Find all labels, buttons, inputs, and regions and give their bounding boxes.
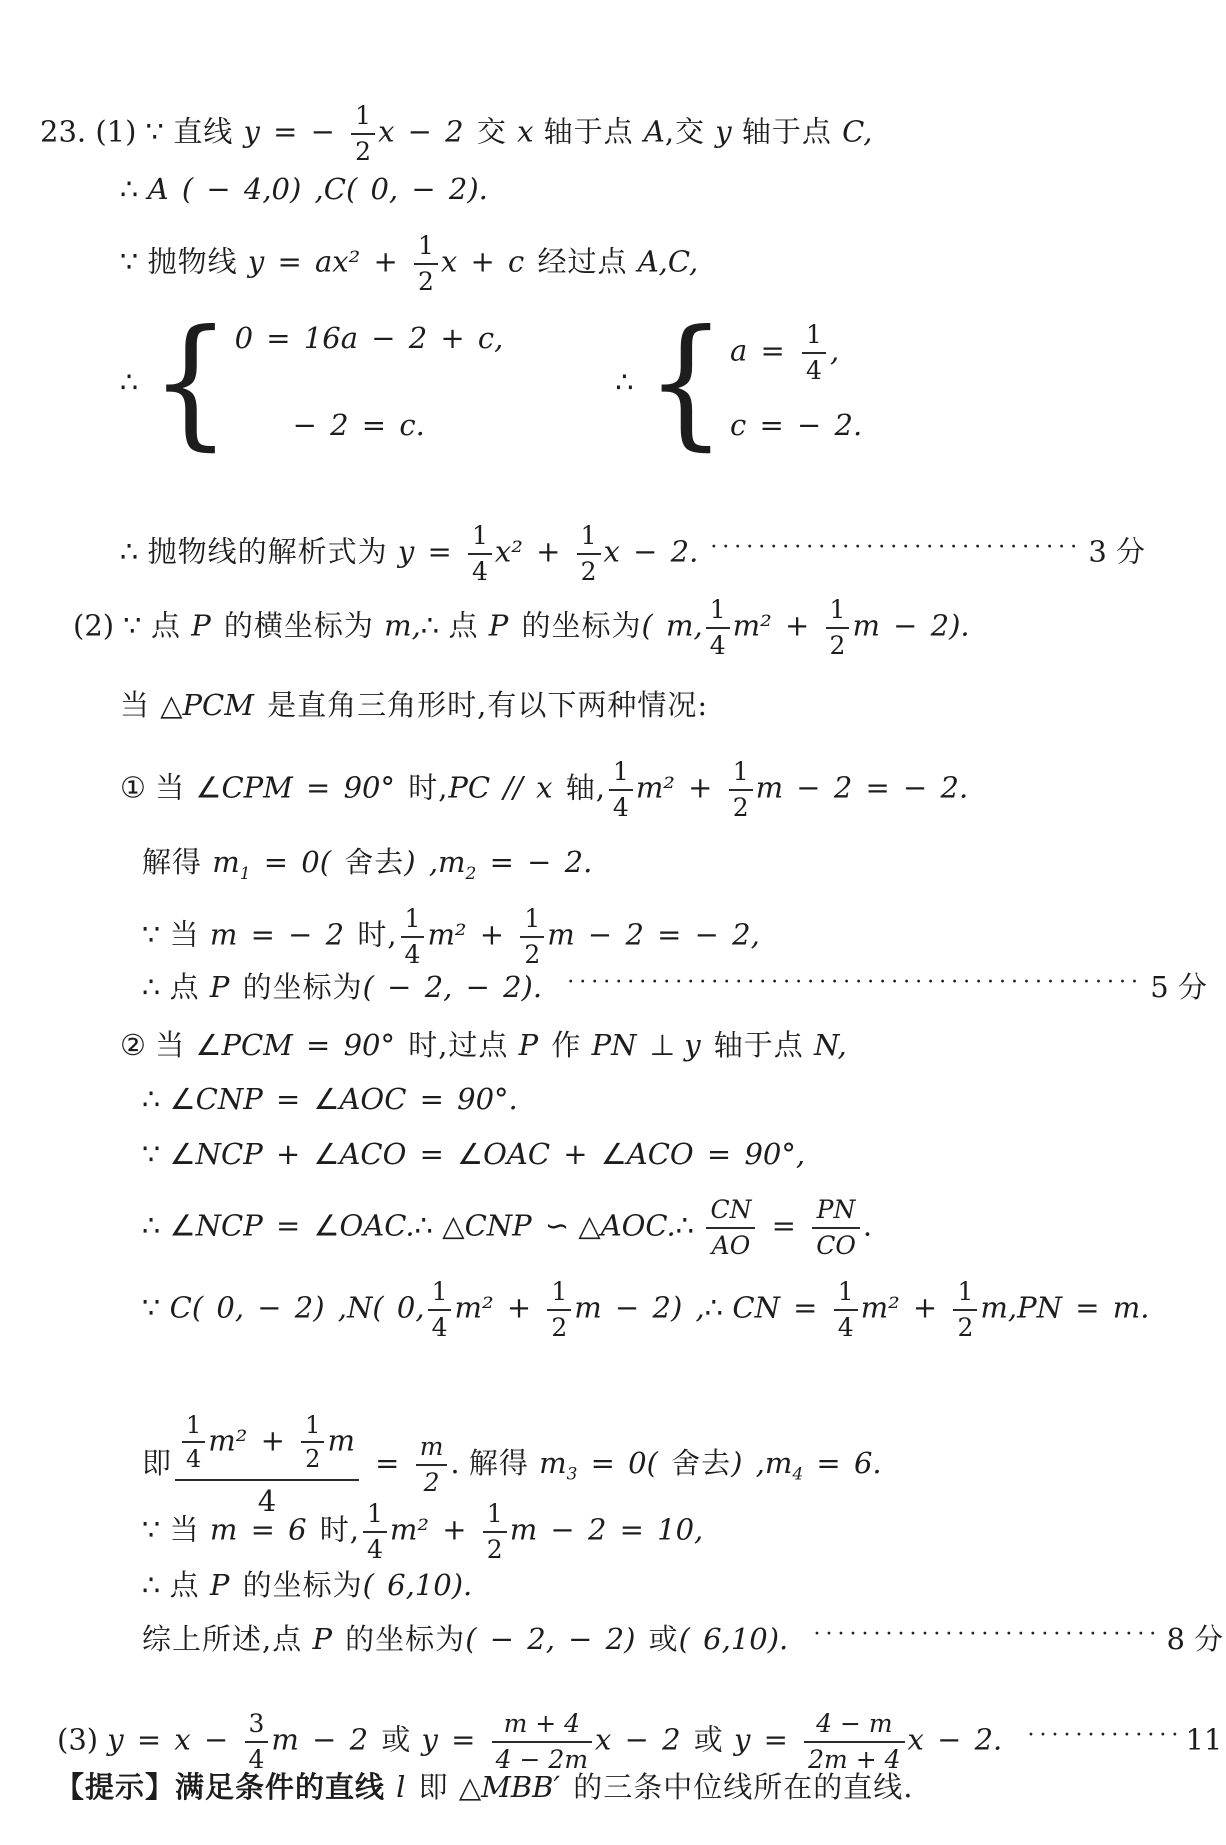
because-symbol: ∵ bbox=[146, 115, 174, 149]
therefore-symbol: ∴ bbox=[421, 609, 449, 643]
math-run: m = − 2 bbox=[210, 918, 357, 952]
math-run: P bbox=[489, 609, 522, 643]
fraction-denominator: 2m + 4 bbox=[804, 1741, 904, 1774]
text-run: . bbox=[450, 1446, 468, 1480]
text-run: . bbox=[863, 1209, 872, 1243]
fraction-denominator: 4 bbox=[245, 1741, 269, 1774]
therefore-symbol: ∴ bbox=[120, 365, 138, 400]
left-brace: { bbox=[150, 318, 230, 445]
because-symbol: ∵ bbox=[120, 245, 148, 279]
text-run: 的三条中位线所在的直线. bbox=[573, 1770, 913, 1804]
angle-symbol: ∠ bbox=[313, 1082, 339, 1116]
math-run: y = x − bbox=[107, 1723, 241, 1757]
solution-line-8: ① 当 ∠CPM = 90° 时,PC // x 轴,14m² + 12m − … bbox=[120, 758, 968, 821]
text-run: 抛物线的解析式为 bbox=[148, 535, 398, 569]
text-run: 点 bbox=[170, 970, 210, 1004]
fraction: 14 bbox=[706, 596, 730, 659]
math-run: y bbox=[715, 115, 731, 149]
text-run: 舍去 bbox=[671, 1446, 731, 1480]
math-run: ( − 2, − 2). bbox=[363, 970, 556, 1004]
fraction: 14 bbox=[182, 1412, 205, 1473]
fraction-denominator: 2 bbox=[953, 1309, 977, 1342]
solution-line-10: ∵ 当 m = − 2 时,14m² + 12m − 2 = − 2, bbox=[142, 905, 760, 968]
fraction-denominator: 4 bbox=[468, 553, 492, 586]
fraction: m2 bbox=[416, 1433, 448, 1496]
text-run: 当 bbox=[120, 688, 160, 722]
text-run: 解得 bbox=[142, 845, 212, 879]
text-run: 解得 bbox=[469, 1446, 539, 1480]
fraction-numerator: PN bbox=[812, 1196, 860, 1227]
math-run: m² + bbox=[861, 1291, 951, 1325]
math-run: ( m, bbox=[642, 609, 703, 643]
math-run: P bbox=[210, 1568, 243, 1602]
text-run: 轴于点 bbox=[533, 115, 643, 149]
text-run: 的坐标为 bbox=[243, 970, 363, 1004]
solution-line-11: ∴ 点 P 的坐标为( − 2, − 2). ·················… bbox=[142, 970, 1207, 1005]
math-run: ( 6,10). bbox=[679, 1622, 802, 1656]
text-run: (2) bbox=[73, 609, 123, 643]
fraction-denominator: 4 bbox=[834, 1309, 858, 1342]
system-row: c = − 2. bbox=[730, 408, 862, 443]
text-run: 或 bbox=[649, 1622, 679, 1656]
therefore-symbol: ∴ bbox=[120, 172, 148, 206]
because-angle-symbol: ∵ ∠ bbox=[142, 1137, 196, 1171]
math-run: CN = bbox=[732, 1291, 830, 1325]
fraction-numerator: 1 bbox=[834, 1278, 858, 1309]
math-run: = bbox=[758, 1209, 809, 1243]
angle-symbol: ∠ bbox=[457, 1137, 483, 1171]
because-symbol: ∵ bbox=[142, 1513, 170, 1547]
fraction-numerator: CN bbox=[706, 1196, 755, 1227]
fraction-numerator: 1 bbox=[182, 1412, 205, 1441]
math-run: a = bbox=[730, 334, 798, 368]
math-run: m² + bbox=[390, 1513, 480, 1547]
fraction: 12 bbox=[826, 596, 850, 659]
triangle-symbol: △ bbox=[459, 1770, 481, 1804]
solution-line-3: ∵ 抛物线 y = ax² + 12x + c 经过点 A,C, bbox=[120, 232, 698, 295]
fraction-denominator: 4 − 2m bbox=[492, 1741, 592, 1774]
text-run: ,交 bbox=[665, 115, 715, 149]
fraction-numerator: 1 bbox=[483, 1500, 507, 1531]
hint-label: 【提示】满足条件的直线 bbox=[55, 1770, 396, 1804]
math-run: = 0( bbox=[251, 845, 345, 879]
math-run: m² + bbox=[454, 1291, 544, 1325]
math-run: N, bbox=[814, 1028, 847, 1062]
solution-line-7: 当 △PCM 是直角三角形时,有以下两种情况: bbox=[120, 688, 708, 723]
fraction-numerator: 1 bbox=[547, 1278, 571, 1309]
solution-line-15: ∴ ∠NCP = ∠OAC.∴ △CNP ∽ △AOC.∴ CNAO = PNC… bbox=[142, 1196, 872, 1259]
circled-one-symbol: ① bbox=[120, 771, 155, 805]
equation-system-1: 0 = 16a − 2 + c, − 2 = c. bbox=[235, 321, 504, 443]
math-run: m bbox=[327, 1423, 355, 1457]
text-run: (3) bbox=[57, 1723, 107, 1757]
fraction-denominator: 2 bbox=[301, 1441, 324, 1472]
fraction-numerator: 1 bbox=[468, 522, 492, 553]
fraction-denominator: 4 bbox=[363, 1531, 387, 1564]
dot-leader: ···················· bbox=[1027, 1723, 1177, 1750]
math-run: PC // x bbox=[448, 771, 565, 805]
math-run: m bbox=[539, 1446, 567, 1480]
math-run: m − 2) , bbox=[574, 1291, 704, 1325]
therefore-symbol: ∴ bbox=[676, 1209, 704, 1243]
math-run: NCP = bbox=[196, 1209, 314, 1243]
math-run: = 0( bbox=[577, 1446, 671, 1480]
subscript: 3 bbox=[567, 1465, 578, 1485]
fraction: CNAO bbox=[706, 1196, 755, 1259]
text-run: 抛物线 bbox=[148, 245, 248, 279]
text-run: 即 bbox=[419, 1770, 459, 1804]
hint-line: 【提示】满足条件的直线 l 即 △MBB′ 的三条中位线所在的直线. bbox=[55, 1770, 913, 1805]
solution-line-5: ∴ 抛物线的解析式为 y = 14x² + 12x − 2.··········… bbox=[120, 522, 1145, 585]
math-run: l bbox=[396, 1770, 419, 1804]
text-run: 当 bbox=[155, 771, 195, 805]
math-run: PCM = 90° bbox=[221, 1028, 408, 1062]
math-run: m − 2 = − 2. bbox=[756, 771, 969, 805]
text-run: 时, bbox=[408, 771, 448, 805]
fraction: 14 bbox=[609, 758, 633, 821]
math-run: m − 2 = − 2, bbox=[547, 918, 760, 952]
text-run: 时,过点 bbox=[408, 1028, 518, 1062]
fraction-denominator: 4 bbox=[428, 1309, 452, 1342]
solution-line-18: ∵ 当 m = 6 时,14m² + 12m − 2 = 10, bbox=[142, 1500, 703, 1563]
text-run: 或 bbox=[381, 1723, 421, 1757]
text-run: 23. (1) bbox=[40, 115, 146, 149]
math-run: y = − bbox=[244, 115, 349, 149]
because-symbol: ∵ bbox=[142, 1291, 170, 1325]
therefore-symbol: ∴ bbox=[142, 1568, 170, 1602]
solution-line-9: 解得 m1 = 0( 舍去) ,m2 = − 2. bbox=[142, 845, 592, 884]
text-run: 时, bbox=[357, 918, 397, 952]
fraction: 12 bbox=[351, 102, 375, 165]
therefore-symbol: ∴ bbox=[142, 970, 170, 1004]
fraction: 12 bbox=[547, 1278, 571, 1341]
fraction-denominator: 2 bbox=[547, 1309, 571, 1342]
fraction: 34 bbox=[245, 1710, 269, 1773]
math-run: ) ,m bbox=[404, 845, 465, 879]
math-run: y = bbox=[422, 1723, 489, 1757]
solution-line-1: 23. (1) ∵ 直线 y = − 12x − 2 交 x 轴于点 A,交 y… bbox=[40, 102, 872, 165]
fraction: 14 bbox=[468, 522, 492, 585]
fraction-numerator: 1 bbox=[363, 1500, 387, 1531]
system-row: − 2 = c. bbox=[235, 408, 504, 443]
fraction: 12 bbox=[729, 758, 753, 821]
math-run: OAC + bbox=[483, 1137, 601, 1171]
dot-leader: ········································ bbox=[814, 1622, 1159, 1649]
therefore-symbol: ∴ bbox=[705, 1291, 733, 1325]
math-run: ( 6,10). bbox=[363, 1568, 473, 1602]
math-run: y bbox=[684, 1028, 714, 1062]
because-symbol: ∵ bbox=[142, 918, 170, 952]
math-run: x bbox=[517, 115, 533, 149]
text-run: 轴于点 bbox=[714, 1028, 814, 1062]
equation-systems: ∴ { 0 = 16a − 2 + c, − 2 = c. ∴ { a = 14… bbox=[120, 292, 862, 472]
system-row: 0 = 16a − 2 + c, bbox=[235, 321, 504, 356]
therefore-symbol: ∴ bbox=[120, 535, 148, 569]
math-run: PN bbox=[592, 1028, 650, 1062]
fraction-numerator: 1 bbox=[706, 596, 730, 627]
fraction-numerator: 4 − m bbox=[804, 1710, 904, 1741]
fraction: 12 bbox=[483, 1500, 507, 1563]
fraction-denominator: 2 bbox=[414, 263, 438, 296]
math-run: m,PN = m. bbox=[980, 1291, 1149, 1325]
fraction-denominator: 2 bbox=[520, 936, 544, 969]
fraction: 12 bbox=[520, 905, 544, 968]
fraction-numerator: 1 bbox=[301, 1412, 324, 1441]
math-run: m − 2). bbox=[852, 609, 969, 643]
math-run: CNP = bbox=[196, 1082, 314, 1116]
text-run: 点 bbox=[449, 609, 489, 643]
math-run: = − 2. bbox=[476, 845, 592, 879]
math-run: MBB′ bbox=[481, 1770, 573, 1804]
text-run: 是直角三角形时,有以下两种情况: bbox=[267, 688, 708, 722]
therefore-symbol: ∴ bbox=[615, 365, 633, 400]
therefore-angle-symbol: ∴ ∠ bbox=[142, 1082, 196, 1116]
score-badge: 3 分 bbox=[1088, 535, 1145, 569]
dot-leader: ········································… bbox=[710, 535, 1080, 562]
fraction-numerator: 1 bbox=[577, 522, 601, 553]
solution-line-14: ∵ ∠NCP + ∠ACO = ∠OAC + ∠ACO = 90°, bbox=[142, 1137, 805, 1172]
perpendicular-symbol: ⊥ bbox=[650, 1028, 684, 1062]
fraction-denominator: 4 bbox=[609, 789, 633, 822]
math-run: x − 2. bbox=[908, 1723, 1016, 1757]
math-run: CNP bbox=[465, 1209, 545, 1243]
fraction: m + 44 − 2m bbox=[492, 1710, 592, 1773]
math-run: A,C, bbox=[638, 245, 699, 279]
solution-line-6: (2) ∵ 点 P 的横坐标为 m,∴ 点 P 的坐标为( m,14m² + 1… bbox=[73, 596, 970, 659]
fraction: 12 bbox=[301, 1412, 324, 1473]
math-run: AOC = 90°. bbox=[339, 1082, 517, 1116]
score-badge: 8 分 bbox=[1167, 1622, 1224, 1656]
fraction: 14 bbox=[401, 905, 425, 968]
math-run: ( − 2, − 2) bbox=[465, 1622, 648, 1656]
math-run: P bbox=[191, 609, 224, 643]
text-run: 当 bbox=[170, 918, 210, 952]
system-row: a = 14, bbox=[730, 321, 862, 384]
fraction-denominator: AO bbox=[706, 1227, 755, 1260]
math-run: P bbox=[312, 1622, 345, 1656]
left-brace: { bbox=[646, 318, 726, 445]
fraction-numerator: m bbox=[416, 1433, 448, 1464]
fraction-numerator: 1 bbox=[428, 1278, 452, 1309]
math-run: m bbox=[212, 845, 240, 879]
math-run: m = 6 bbox=[210, 1513, 320, 1547]
math-run: y = bbox=[734, 1723, 801, 1757]
solution-line-16: ∵ C( 0, − 2) ,N( 0,14m² + 12m − 2) ,∴ CN… bbox=[142, 1278, 1149, 1341]
triangle-symbol: △ bbox=[160, 688, 182, 722]
fraction-denominator: 2 bbox=[351, 133, 375, 166]
math-run: A ( − 4,0) ,C( 0, − 2). bbox=[148, 172, 488, 206]
fraction-denominator: 4 bbox=[401, 936, 425, 969]
fraction-denominator: 4 bbox=[706, 627, 730, 660]
math-run: m − 2 = 10, bbox=[510, 1513, 704, 1547]
angle-symbol: ∠ bbox=[195, 771, 221, 805]
text-run: 直线 bbox=[173, 115, 243, 149]
fraction-denominator: 4 bbox=[802, 352, 826, 385]
fraction: 12 bbox=[414, 232, 438, 295]
fraction-numerator: 1 bbox=[953, 1278, 977, 1309]
fraction-denominator: 4 bbox=[182, 1441, 205, 1472]
fraction-numerator: 14m² + 12m bbox=[175, 1412, 359, 1479]
text-run: 当 bbox=[155, 1028, 195, 1062]
solution-line-13: ∴ ∠CNP = ∠AOC = 90°. bbox=[142, 1082, 518, 1117]
angle-symbol: ∠ bbox=[195, 1028, 221, 1062]
math-run: ) ,m bbox=[731, 1446, 792, 1480]
fraction: 12 bbox=[953, 1278, 977, 1341]
math-run: m, bbox=[384, 609, 421, 643]
circled-two-symbol: ② bbox=[120, 1028, 155, 1062]
fraction-numerator: 1 bbox=[401, 905, 425, 936]
text-run: 当 bbox=[170, 1513, 210, 1547]
math-run: P bbox=[210, 970, 243, 1004]
math-run: = 6. bbox=[803, 1446, 881, 1480]
fraction-denominator: 2 bbox=[826, 627, 850, 660]
math-run: NCP + bbox=[196, 1137, 314, 1171]
fraction-numerator: 1 bbox=[826, 596, 850, 627]
solution-line-12: ② 当 ∠PCM = 90° 时,过点 P 作 PN ⊥ y 轴于点 N, bbox=[120, 1028, 847, 1063]
text-run: 作 bbox=[551, 1028, 591, 1062]
score-badge: 11 分 bbox=[1185, 1723, 1226, 1757]
similar-triangle-symbol: ∽ △ bbox=[545, 1209, 601, 1243]
math-run: x² + bbox=[495, 535, 574, 569]
dot-leader: ········································… bbox=[567, 970, 1142, 997]
fraction-numerator: m + 4 bbox=[492, 1710, 592, 1741]
fraction: 4 − m2m + 4 bbox=[804, 1710, 904, 1773]
fraction-denominator: 2 bbox=[729, 789, 753, 822]
math-run: y = bbox=[398, 535, 465, 569]
fraction: 14 bbox=[802, 321, 826, 384]
fraction: 14 bbox=[428, 1278, 452, 1341]
therefore-angle-symbol: ∴ ∠ bbox=[142, 1209, 196, 1243]
text-run: 的坐标为 bbox=[243, 1568, 363, 1602]
text-run: 轴于点 bbox=[732, 115, 842, 149]
document-page: 23. (1) ∵ 直线 y = − 12x − 2 交 x 轴于点 A,交 y… bbox=[0, 0, 1226, 1845]
solution-line-2: ∴ A ( − 4,0) ,C( 0, − 2). bbox=[120, 172, 488, 207]
angle-symbol: ∠ bbox=[313, 1209, 339, 1243]
text-run: 的横坐标为 bbox=[224, 609, 384, 643]
fraction: 14 bbox=[363, 1500, 387, 1563]
text-run: 的坐标为 bbox=[345, 1622, 465, 1656]
math-run: P bbox=[519, 1028, 552, 1062]
text-run: 交 bbox=[477, 115, 517, 149]
text-run: 或 bbox=[694, 1723, 734, 1757]
math-run: ACO = 90°, bbox=[627, 1137, 805, 1171]
math-run: y = ax² + bbox=[248, 245, 411, 279]
fraction-denominator: 2 bbox=[577, 553, 601, 586]
math-run: OAC. bbox=[339, 1209, 414, 1243]
subscript: 1 bbox=[240, 864, 251, 884]
fraction-numerator: 3 bbox=[245, 1710, 269, 1741]
math-run: AOC. bbox=[601, 1209, 676, 1243]
therefore-triangle-symbol: ∴ △ bbox=[415, 1209, 465, 1243]
fraction-numerator: 1 bbox=[802, 321, 826, 352]
because-symbol: ∵ bbox=[123, 609, 151, 643]
solution-line-20: 综上所述,点 P 的坐标为( − 2, − 2) 或( 6,10). ·····… bbox=[142, 1622, 1223, 1657]
subscript: 2 bbox=[466, 864, 477, 884]
text-run: 经过点 bbox=[537, 245, 637, 279]
subscript: 4 bbox=[792, 1465, 803, 1485]
fraction-numerator: 1 bbox=[351, 102, 375, 133]
math-run: m² + bbox=[208, 1423, 298, 1457]
score-badge: 5 分 bbox=[1150, 970, 1207, 1004]
text-run: 舍去 bbox=[344, 845, 404, 879]
text-run: 点 bbox=[151, 609, 191, 643]
math-run: CPM = 90° bbox=[221, 771, 408, 805]
text-run: 时, bbox=[320, 1513, 360, 1547]
text-run: 即 bbox=[142, 1446, 172, 1480]
solution-line-19: ∴ 点 P 的坐标为( 6,10). bbox=[142, 1568, 472, 1603]
math-run: C( 0, − 2) ,N( 0, bbox=[170, 1291, 425, 1325]
math-run: m² + bbox=[427, 918, 517, 952]
math-run: m² + bbox=[733, 609, 823, 643]
fraction-denominator: CO bbox=[812, 1227, 860, 1260]
math-run: x + c bbox=[441, 245, 538, 279]
math-run: x − 2. bbox=[604, 535, 699, 569]
math-run: C, bbox=[842, 115, 872, 149]
fraction-denominator: 2 bbox=[483, 1531, 507, 1564]
angle-symbol: ∠ bbox=[313, 1137, 339, 1171]
fraction-numerator: 1 bbox=[729, 758, 753, 789]
fraction-numerator: 1 bbox=[414, 232, 438, 263]
text-run: 轴, bbox=[566, 771, 606, 805]
text-run: 综上所述,点 bbox=[142, 1622, 312, 1656]
fraction: PNCO bbox=[812, 1196, 860, 1259]
angle-symbol: ∠ bbox=[601, 1137, 627, 1171]
math-run: PCM bbox=[183, 688, 268, 722]
fraction-numerator: 1 bbox=[520, 905, 544, 936]
math-run: , bbox=[830, 334, 839, 368]
fraction: 12 bbox=[577, 522, 601, 585]
math-run: x − 2 bbox=[378, 115, 477, 149]
math-run: m − 2 bbox=[271, 1723, 381, 1757]
math-run: ACO = bbox=[339, 1137, 457, 1171]
math-run: x − 2 bbox=[595, 1723, 694, 1757]
text-run: 点 bbox=[170, 1568, 210, 1602]
fraction: 14 bbox=[834, 1278, 858, 1341]
fraction-denominator: 2 bbox=[416, 1464, 448, 1497]
equation-system-2: a = 14, c = − 2. bbox=[730, 321, 862, 443]
solution-line-21: (3) y = x − 34m − 2 或 y = m + 44 − 2mx −… bbox=[57, 1710, 1226, 1773]
math-run: A bbox=[644, 115, 665, 149]
math-run: = bbox=[362, 1446, 413, 1480]
math-run: m² + bbox=[636, 771, 726, 805]
fraction-numerator: 1 bbox=[609, 758, 633, 789]
text-run: 的坐标为 bbox=[521, 609, 641, 643]
